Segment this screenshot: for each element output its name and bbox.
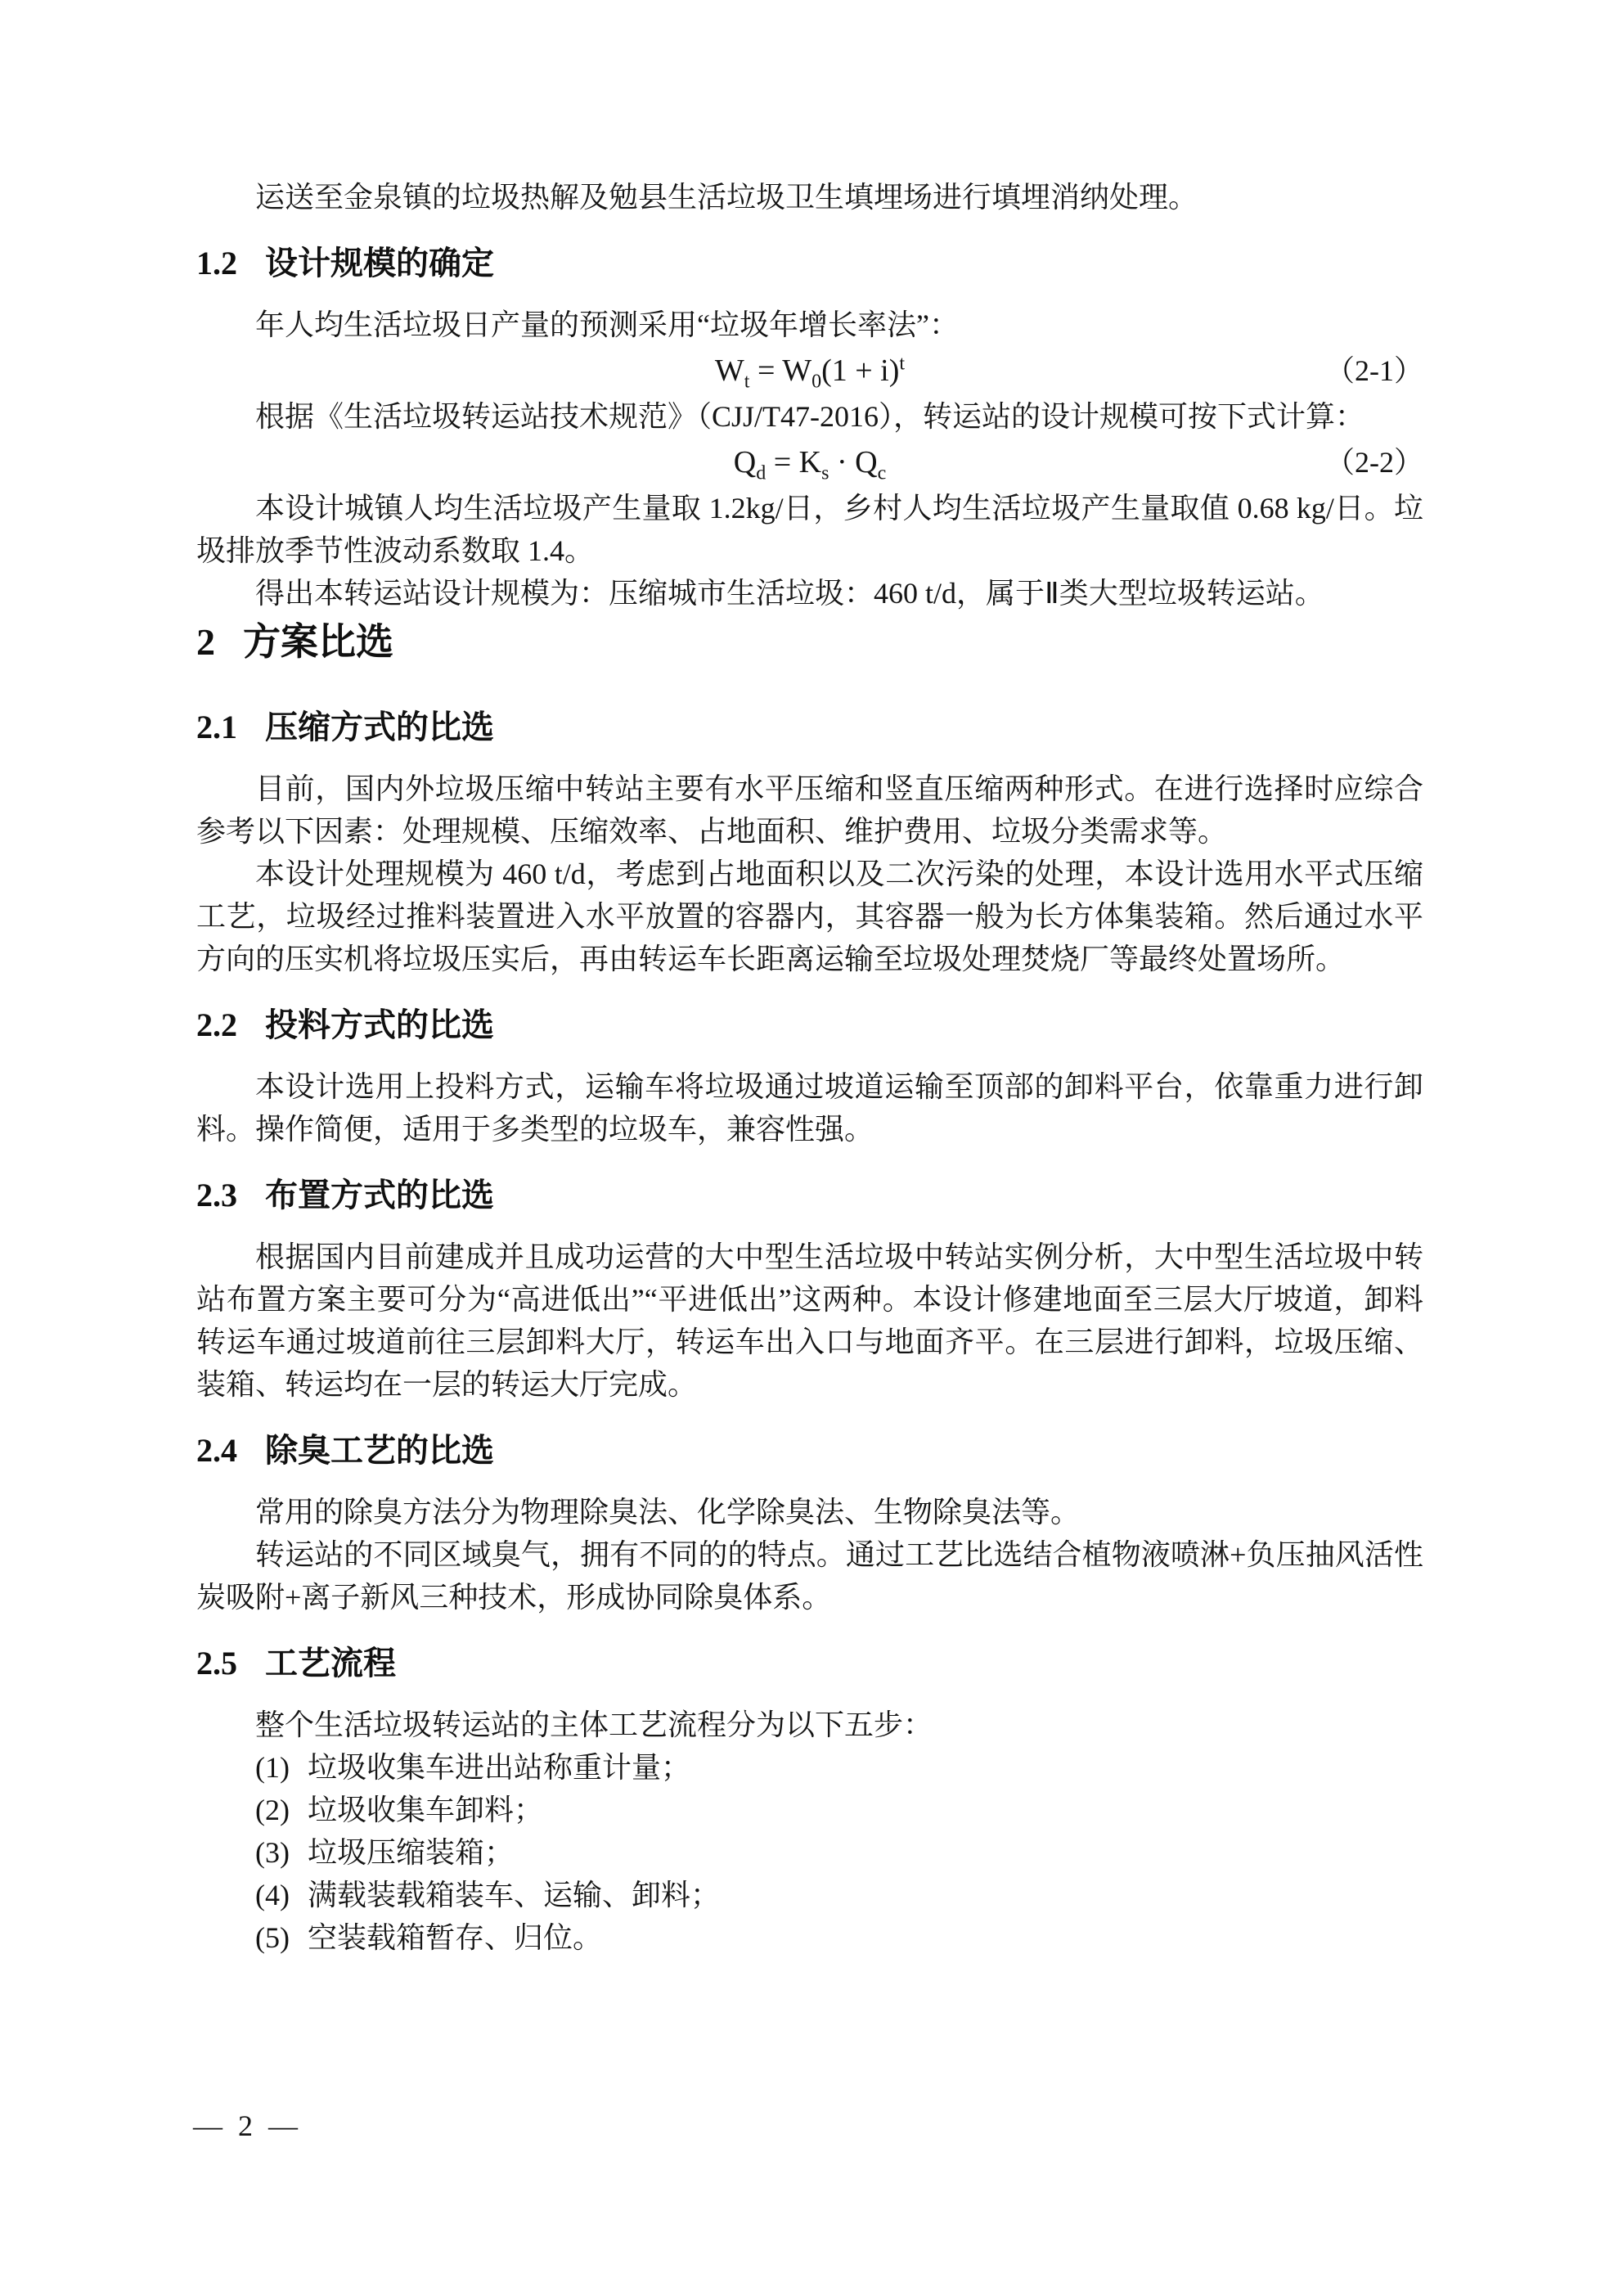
heading-1-2: 1.2设计规模的确定 — [196, 218, 1423, 304]
process-step: (5)空装载箱暂存、归位。 — [196, 1916, 1423, 1959]
heading-title: 布置方式的比选 — [265, 1177, 494, 1213]
document-page: 运送至金泉镇的垃圾热解及勉县生活垃圾卫生填埋场进行填埋消纳处理。 1.2设计规模… — [0, 0, 1623, 2296]
formula-qd: Qd = Ks · Qc — [734, 438, 886, 487]
paragraph-2-4-b: 转运站的不同区域臭气，拥有不同的的特点。通过工艺比选结合植物液喷淋+负压抽风活性… — [196, 1533, 1423, 1618]
step-text: 空装载箱暂存、归位。 — [308, 1921, 602, 1954]
heading-2-4: 2.4除臭工艺的比选 — [196, 1406, 1423, 1491]
step-number: (4) — [255, 1879, 290, 1911]
heading-2-2: 2.2投料方式的比选 — [196, 980, 1423, 1065]
page-content: 运送至金泉镇的垃圾热解及勉县生活垃圾卫生填埋场进行填埋消纳处理。 1.2设计规模… — [196, 176, 1423, 1959]
page-number-footer: — 2 — — [193, 2105, 298, 2147]
step-number: (3) — [255, 1836, 290, 1869]
step-text: 垃圾压缩装箱； — [308, 1836, 514, 1869]
step-text: 满载装载箱装车、运输、卸料； — [308, 1879, 720, 1911]
paragraph-forecast: 年人均生活垃圾日产量的预测采用“垃圾年增长率法”： — [196, 304, 1423, 346]
equation-2-1: Wt = W0(1 + i)t （2-1） — [196, 346, 1423, 395]
equation-label-2-2: （2-2） — [1325, 438, 1423, 487]
heading-title: 投料方式的比选 — [265, 1007, 494, 1043]
heading-number: 1.2 — [196, 245, 237, 281]
heading-number: 2 — [196, 621, 215, 663]
formula-wt: Wt = W0(1 + i)t — [715, 346, 905, 395]
paragraph-2-4-a: 常用的除臭方法分为物理除臭法、化学除臭法、生物除臭法等。 — [196, 1491, 1423, 1533]
heading-title: 除臭工艺的比选 — [265, 1433, 494, 1469]
equation-label-2-1: （2-1） — [1325, 346, 1423, 395]
paragraph-2-3: 根据国内目前建成并且成功运营的大中型生活垃圾中转站实例分析，大中型生活垃圾中转站… — [196, 1236, 1423, 1406]
step-number: (1) — [255, 1751, 290, 1784]
process-step: (1)垃圾收集车进出站称重计量； — [196, 1746, 1423, 1789]
equation-2-2: Qd = Ks · Qc （2-2） — [196, 438, 1423, 487]
paragraph-standard: 根据《生活垃圾转运站技术规范》（CJJ/T47-2016），转运站的设计规模可按… — [196, 395, 1423, 438]
paragraph-2-5: 整个生活垃圾转运站的主体工艺流程分为以下五步： — [196, 1704, 1423, 1746]
heading-number: 2.3 — [196, 1177, 237, 1213]
heading-number: 2.2 — [196, 1006, 237, 1043]
step-text: 垃圾收集车进出站称重计量； — [308, 1751, 690, 1784]
paragraph-scale-result: 得出本转运站设计规模为：压缩城市生活垃圾：460 t/d，属于Ⅱ类大型垃圾转运站… — [196, 572, 1423, 615]
step-number: (2) — [255, 1794, 290, 1826]
heading-number: 2.1 — [196, 709, 237, 745]
heading-title: 设计规模的确定 — [265, 245, 494, 281]
heading-title: 工艺流程 — [265, 1645, 396, 1681]
heading-2-3: 2.3布置方式的比选 — [196, 1150, 1423, 1236]
paragraph-2-2: 本设计选用上投料方式，运输车将垃圾通过坡道运输至顶部的卸料平台，依靠重力进行卸料… — [196, 1065, 1423, 1150]
step-text: 垃圾收集车卸料； — [308, 1794, 543, 1826]
process-step: (2)垃圾收集车卸料； — [196, 1789, 1423, 1831]
heading-2-1: 2.1压缩方式的比选 — [196, 682, 1423, 768]
heading-chapter-2: 2方案比选 — [196, 615, 1423, 682]
heading-title: 方案比选 — [243, 620, 393, 663]
heading-number: 2.4 — [196, 1432, 237, 1469]
paragraph-2-1-a: 目前，国内外垃圾压缩中转站主要有水平压缩和竖直压缩两种形式。在进行选择时应综合参… — [196, 768, 1423, 853]
process-step: (4)满载装载箱装车、运输、卸料； — [196, 1874, 1423, 1916]
paragraph-intro: 运送至金泉镇的垃圾热解及勉县生活垃圾卫生填埋场进行填埋消纳处理。 — [196, 176, 1423, 218]
heading-2-5: 2.5工艺流程 — [196, 1618, 1423, 1704]
process-step: (3)垃圾压缩装箱； — [196, 1831, 1423, 1874]
heading-title: 压缩方式的比选 — [265, 709, 494, 745]
step-number: (5) — [255, 1921, 290, 1954]
paragraph-values: 本设计城镇人均生活垃圾产生量取 1.2kg/日，乡村人均生活垃圾产生量取值 0.… — [196, 487, 1423, 572]
heading-number: 2.5 — [196, 1645, 237, 1681]
process-step-list: (1)垃圾收集车进出站称重计量； (2)垃圾收集车卸料； (3)垃圾压缩装箱； … — [196, 1746, 1423, 1959]
paragraph-2-1-b: 本设计处理规模为 460 t/d，考虑到占地面积以及二次污染的处理，本设计选用水… — [196, 853, 1423, 980]
